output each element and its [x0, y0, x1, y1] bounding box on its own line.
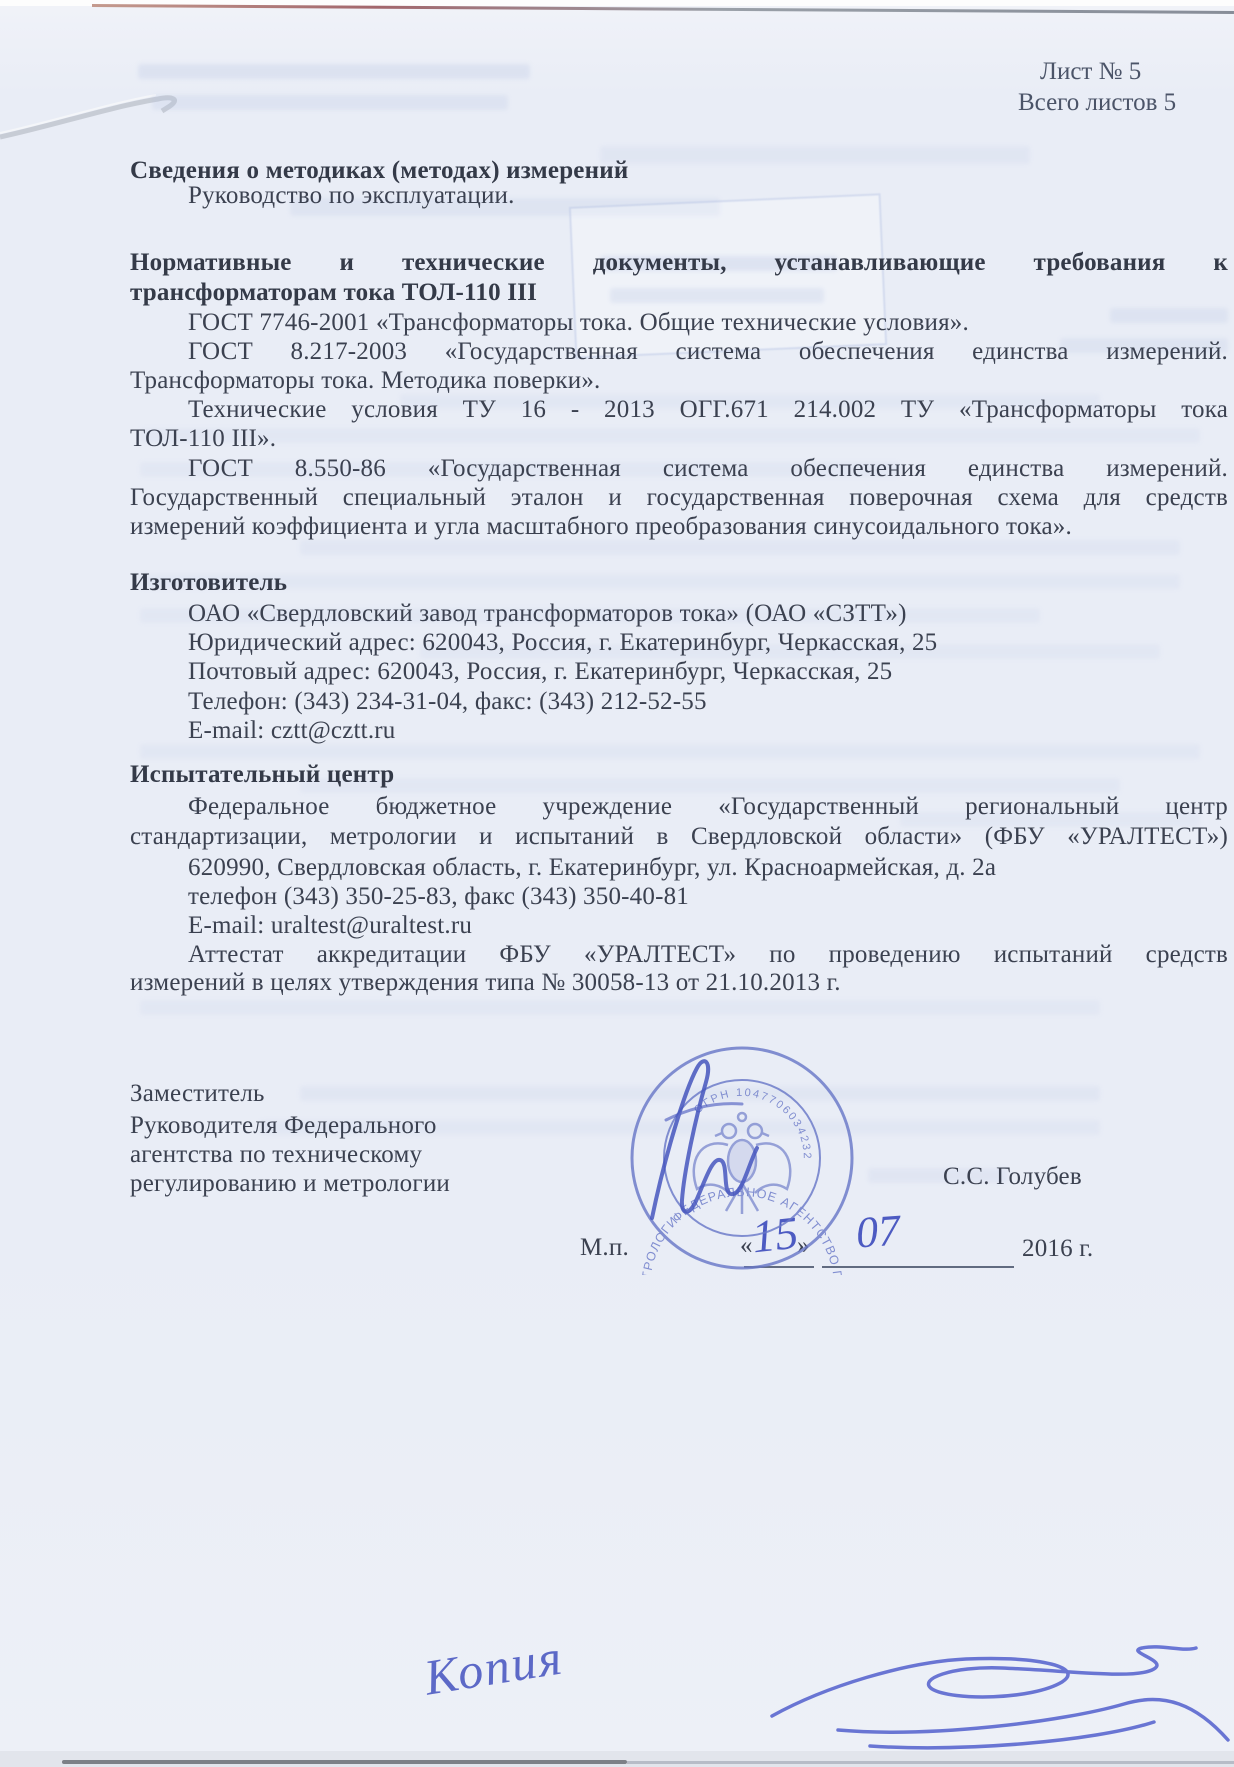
scan-bottom-shadow [62, 1760, 627, 1764]
ink-signatures-overlay [0, 0, 1234, 1767]
scanned-document-page: Лист № 5 Всего листов 5 Сведения о метод… [0, 0, 1234, 1767]
scan-bottom-line [627, 1761, 1234, 1764]
scan-bottom-edge-artifact [0, 1751, 1234, 1767]
flourish-signature [772, 1647, 1228, 1748]
stamp-signature [652, 1061, 757, 1218]
